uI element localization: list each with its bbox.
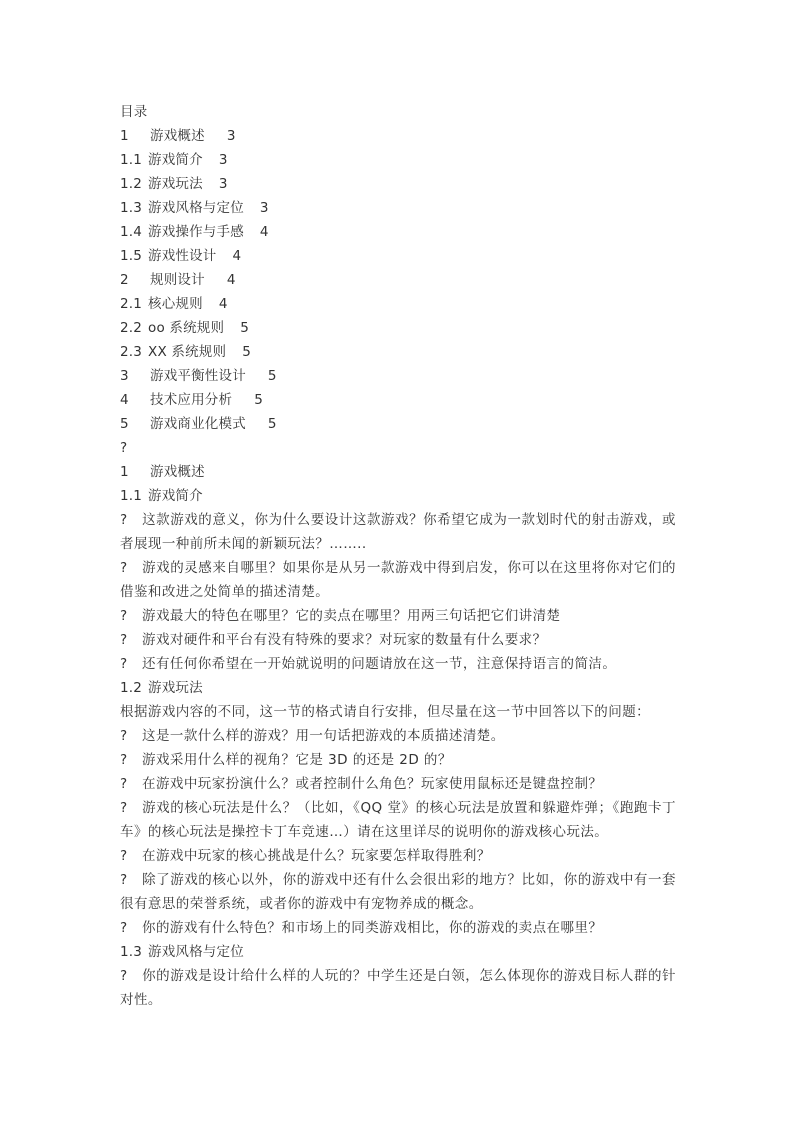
toc-entry-title: 游戏概述 xyxy=(150,124,205,148)
bullet-item: ?游戏的核心玩法是什么？（比如，《QQ 堂》的核心玩法是放置和躲避炸弹；《跑跑卡… xyxy=(120,796,676,844)
bullet-mark-icon: ? xyxy=(120,724,142,748)
toc-entry-page: 4 xyxy=(260,220,269,244)
bullet-mark-icon: ? xyxy=(120,652,142,676)
toc-entry-page: 3 xyxy=(219,172,228,196)
bullet-text: 在游戏中玩家的核心挑战是什么？玩家要怎样取得胜利？ xyxy=(142,848,491,864)
toc-entry-number: 1 xyxy=(120,124,150,148)
bullet-mark-icon: ? xyxy=(120,748,142,772)
toc-entry-number: 4 xyxy=(120,388,150,412)
toc-entry-number: 1.4 xyxy=(120,220,148,244)
toc-entry[interactable]: 2.3XX 系统规则5 xyxy=(120,340,676,364)
toc-entry[interactable]: 5游戏商业化模式5 xyxy=(120,412,676,436)
toc-entry-page: 5 xyxy=(268,364,277,388)
toc-trailing-mark: ? xyxy=(120,436,676,460)
document-page: 目录 1游戏概述31.1游戏简介31.2游戏玩法31.3游戏风格与定位31.4游… xyxy=(120,100,676,1012)
heading-title: 游戏概述 xyxy=(150,464,205,480)
bullet-mark-icon: ? xyxy=(120,508,142,532)
toc-entry-number: 1.1 xyxy=(120,148,148,172)
toc-entry-page: 4 xyxy=(219,292,228,316)
toc-entry-title: 游戏简介 xyxy=(148,148,203,172)
bullet-mark-icon: ? xyxy=(120,604,142,628)
toc-entry-title: oo 系统规则 xyxy=(148,316,224,340)
heading-title: 游戏简介 xyxy=(148,488,203,504)
bullet-item: ?游戏对硬件和平台有没有特殊的要求？对玩家的数量有什么要求？ xyxy=(120,628,676,652)
bullet-mark-icon: ? xyxy=(120,556,142,580)
heading-title: 游戏玩法 xyxy=(148,680,203,696)
toc-entry-number: 1.5 xyxy=(120,244,148,268)
bullet-text: 这是一款什么样的游戏？用一句话把游戏的本质描述清楚。 xyxy=(142,728,505,744)
toc-entry[interactable]: 1.5游戏性设计4 xyxy=(120,244,676,268)
bullet-mark-icon: ? xyxy=(120,916,142,940)
toc-entry-number: 3 xyxy=(120,364,150,388)
heading-1: 1游戏概述 xyxy=(120,460,676,484)
toc-entry[interactable]: 2.1核心规则4 xyxy=(120,292,676,316)
bullet-mark-icon: ? xyxy=(120,964,142,988)
toc-entry-page: 5 xyxy=(268,412,277,436)
toc-entry[interactable]: 2.2oo 系统规则5 xyxy=(120,316,676,340)
toc-entry[interactable]: 3游戏平衡性设计5 xyxy=(120,364,676,388)
heading-number: 1 xyxy=(120,460,150,484)
bullet-mark-icon: ? xyxy=(120,772,142,796)
heading-1-1: 1.1游戏简介 xyxy=(120,484,676,508)
toc-entry[interactable]: 4技术应用分析5 xyxy=(120,388,676,412)
toc-entry-page: 3 xyxy=(227,124,236,148)
bullet-mark-icon: ? xyxy=(120,628,142,652)
toc-entry[interactable]: 2规则设计4 xyxy=(120,268,676,292)
heading-1-3: 1.3游戏风格与定位 xyxy=(120,940,676,964)
toc-entry[interactable]: 1.1游戏简介3 xyxy=(120,148,676,172)
toc-entry-page: 5 xyxy=(240,316,249,340)
toc-entry-title: 游戏操作与手感 xyxy=(148,220,244,244)
toc-entry-page: 5 xyxy=(242,340,251,364)
bullet-text: 这款游戏的意义，你为什么要设计这款游戏？你希望它成为一款划时代的射击游戏，或者展… xyxy=(120,512,676,552)
bullet-mark-icon: ? xyxy=(120,868,142,892)
toc-entry-number: 2.2 xyxy=(120,316,148,340)
toc-entry-number: 1.3 xyxy=(120,196,148,220)
toc-entry-page: 5 xyxy=(254,388,263,412)
bullet-text: 你的游戏是设计给什么样的人玩的？中学生还是白领，怎么体现你的游戏目标人群的针对性… xyxy=(120,968,676,1008)
toc-entry-title: 游戏平衡性设计 xyxy=(150,364,246,388)
toc-entry-number: 2.3 xyxy=(120,340,148,364)
bullet-list-1-1: ?这款游戏的意义，你为什么要设计这款游戏？你希望它成为一款划时代的射击游戏，或者… xyxy=(120,508,676,676)
toc-entry-page: 4 xyxy=(227,268,236,292)
toc-entry-title: 游戏性设计 xyxy=(148,244,217,268)
bullet-text: 游戏采用什么样的视角？它是 3D 的还是 2D 的？ xyxy=(142,752,452,768)
bullet-mark-icon: ? xyxy=(120,844,142,868)
toc-entry[interactable]: 1游戏概述3 xyxy=(120,124,676,148)
toc-title: 目录 xyxy=(120,100,676,124)
toc-entry-number: 2 xyxy=(120,268,150,292)
bullet-text: 游戏最大的特色在哪里？它的卖点在哪里？用两三句话把它们讲清楚 xyxy=(142,608,561,624)
bullet-item: ?在游戏中玩家扮演什么？或者控制什么角色？玩家使用鼠标还是键盘控制？ xyxy=(120,772,676,796)
toc-entry-title: 核心规则 xyxy=(148,292,203,316)
bullet-item: ?你的游戏有什么特色？和市场上的同类游戏相比，你的游戏的卖点在哪里？ xyxy=(120,916,676,940)
bullet-item: ?游戏的灵感来自哪里？如果你是从另一款游戏中得到启发，你可以在这里将你对它们的借… xyxy=(120,556,676,604)
bullet-text: 游戏对硬件和平台有没有特殊的要求？对玩家的数量有什么要求？ xyxy=(142,632,547,648)
toc-entry-number: 2.1 xyxy=(120,292,148,316)
bullet-list-1-3: ?你的游戏是设计给什么样的人玩的？中学生还是白领，怎么体现你的游戏目标人群的针对… xyxy=(120,964,676,1012)
bullet-item: ?除了游戏的核心以外，你的游戏中还有什么会很出彩的地方？比如，你的游戏中有一套很… xyxy=(120,868,676,916)
toc-list: 1游戏概述31.1游戏简介31.2游戏玩法31.3游戏风格与定位31.4游戏操作… xyxy=(120,124,676,436)
heading-1-2: 1.2游戏玩法 xyxy=(120,676,676,700)
toc-entry[interactable]: 1.2游戏玩法3 xyxy=(120,172,676,196)
bullet-text: 游戏的核心玩法是什么？（比如，《QQ 堂》的核心玩法是放置和躲避炸弹；《跑跑卡丁… xyxy=(120,800,676,840)
toc-entry-page: 3 xyxy=(260,196,269,220)
toc-entry-title: 技术应用分析 xyxy=(150,388,232,412)
toc-entry-page: 3 xyxy=(219,148,228,172)
toc-entry-page: 4 xyxy=(233,244,242,268)
toc-entry[interactable]: 1.4游戏操作与手感4 xyxy=(120,220,676,244)
bullet-item: ?这款游戏的意义，你为什么要设计这款游戏？你希望它成为一款划时代的射击游戏，或者… xyxy=(120,508,676,556)
bullet-text: 在游戏中玩家扮演什么？或者控制什么角色？玩家使用鼠标还是键盘控制？ xyxy=(142,776,602,792)
bullet-text: 除了游戏的核心以外，你的游戏中还有什么会很出彩的地方？比如，你的游戏中有一套很有… xyxy=(120,872,676,912)
bullet-text: 还有任何你希望在一开始就说明的问题请放在这一节，注意保持语言的简洁。 xyxy=(142,656,616,672)
heading-number: 1.1 xyxy=(120,484,148,508)
toc-entry[interactable]: 1.3游戏风格与定位3 xyxy=(120,196,676,220)
bullet-item: ?这是一款什么样的游戏？用一句话把游戏的本质描述清楚。 xyxy=(120,724,676,748)
toc-entry-title: 游戏风格与定位 xyxy=(148,196,244,220)
toc-entry-title: 规则设计 xyxy=(150,268,205,292)
toc-entry-title: 游戏商业化模式 xyxy=(150,412,246,436)
bullet-text: 游戏的灵感来自哪里？如果你是从另一款游戏中得到启发，你可以在这里将你对它们的借鉴… xyxy=(120,560,676,600)
bullet-item: ?游戏最大的特色在哪里？它的卖点在哪里？用两三句话把它们讲清楚 xyxy=(120,604,676,628)
heading-number: 1.3 xyxy=(120,940,148,964)
bullet-list-1-2: ?这是一款什么样的游戏？用一句话把游戏的本质描述清楚。?游戏采用什么样的视角？它… xyxy=(120,724,676,940)
bullet-item: ?在游戏中玩家的核心挑战是什么？玩家要怎样取得胜利？ xyxy=(120,844,676,868)
toc-entry-title: 游戏玩法 xyxy=(148,172,203,196)
section-intro: 根据游戏内容的不同，这一节的格式请自行安排，但尽量在这一节中回答以下的问题： xyxy=(120,700,676,724)
bullet-item: ?游戏采用什么样的视角？它是 3D 的还是 2D 的？ xyxy=(120,748,676,772)
toc-entry-number: 5 xyxy=(120,412,150,436)
bullet-item: ?你的游戏是设计给什么样的人玩的？中学生还是白领，怎么体现你的游戏目标人群的针对… xyxy=(120,964,676,1012)
heading-title: 游戏风格与定位 xyxy=(148,944,244,960)
toc-entry-number: 1.2 xyxy=(120,172,148,196)
bullet-mark-icon: ? xyxy=(120,796,142,820)
heading-number: 1.2 xyxy=(120,676,148,700)
toc-entry-title: XX 系统规则 xyxy=(148,340,226,364)
bullet-item: ?还有任何你希望在一开始就说明的问题请放在这一节，注意保持语言的简洁。 xyxy=(120,652,676,676)
bullet-text: 你的游戏有什么特色？和市场上的同类游戏相比，你的游戏的卖点在哪里？ xyxy=(142,920,602,936)
